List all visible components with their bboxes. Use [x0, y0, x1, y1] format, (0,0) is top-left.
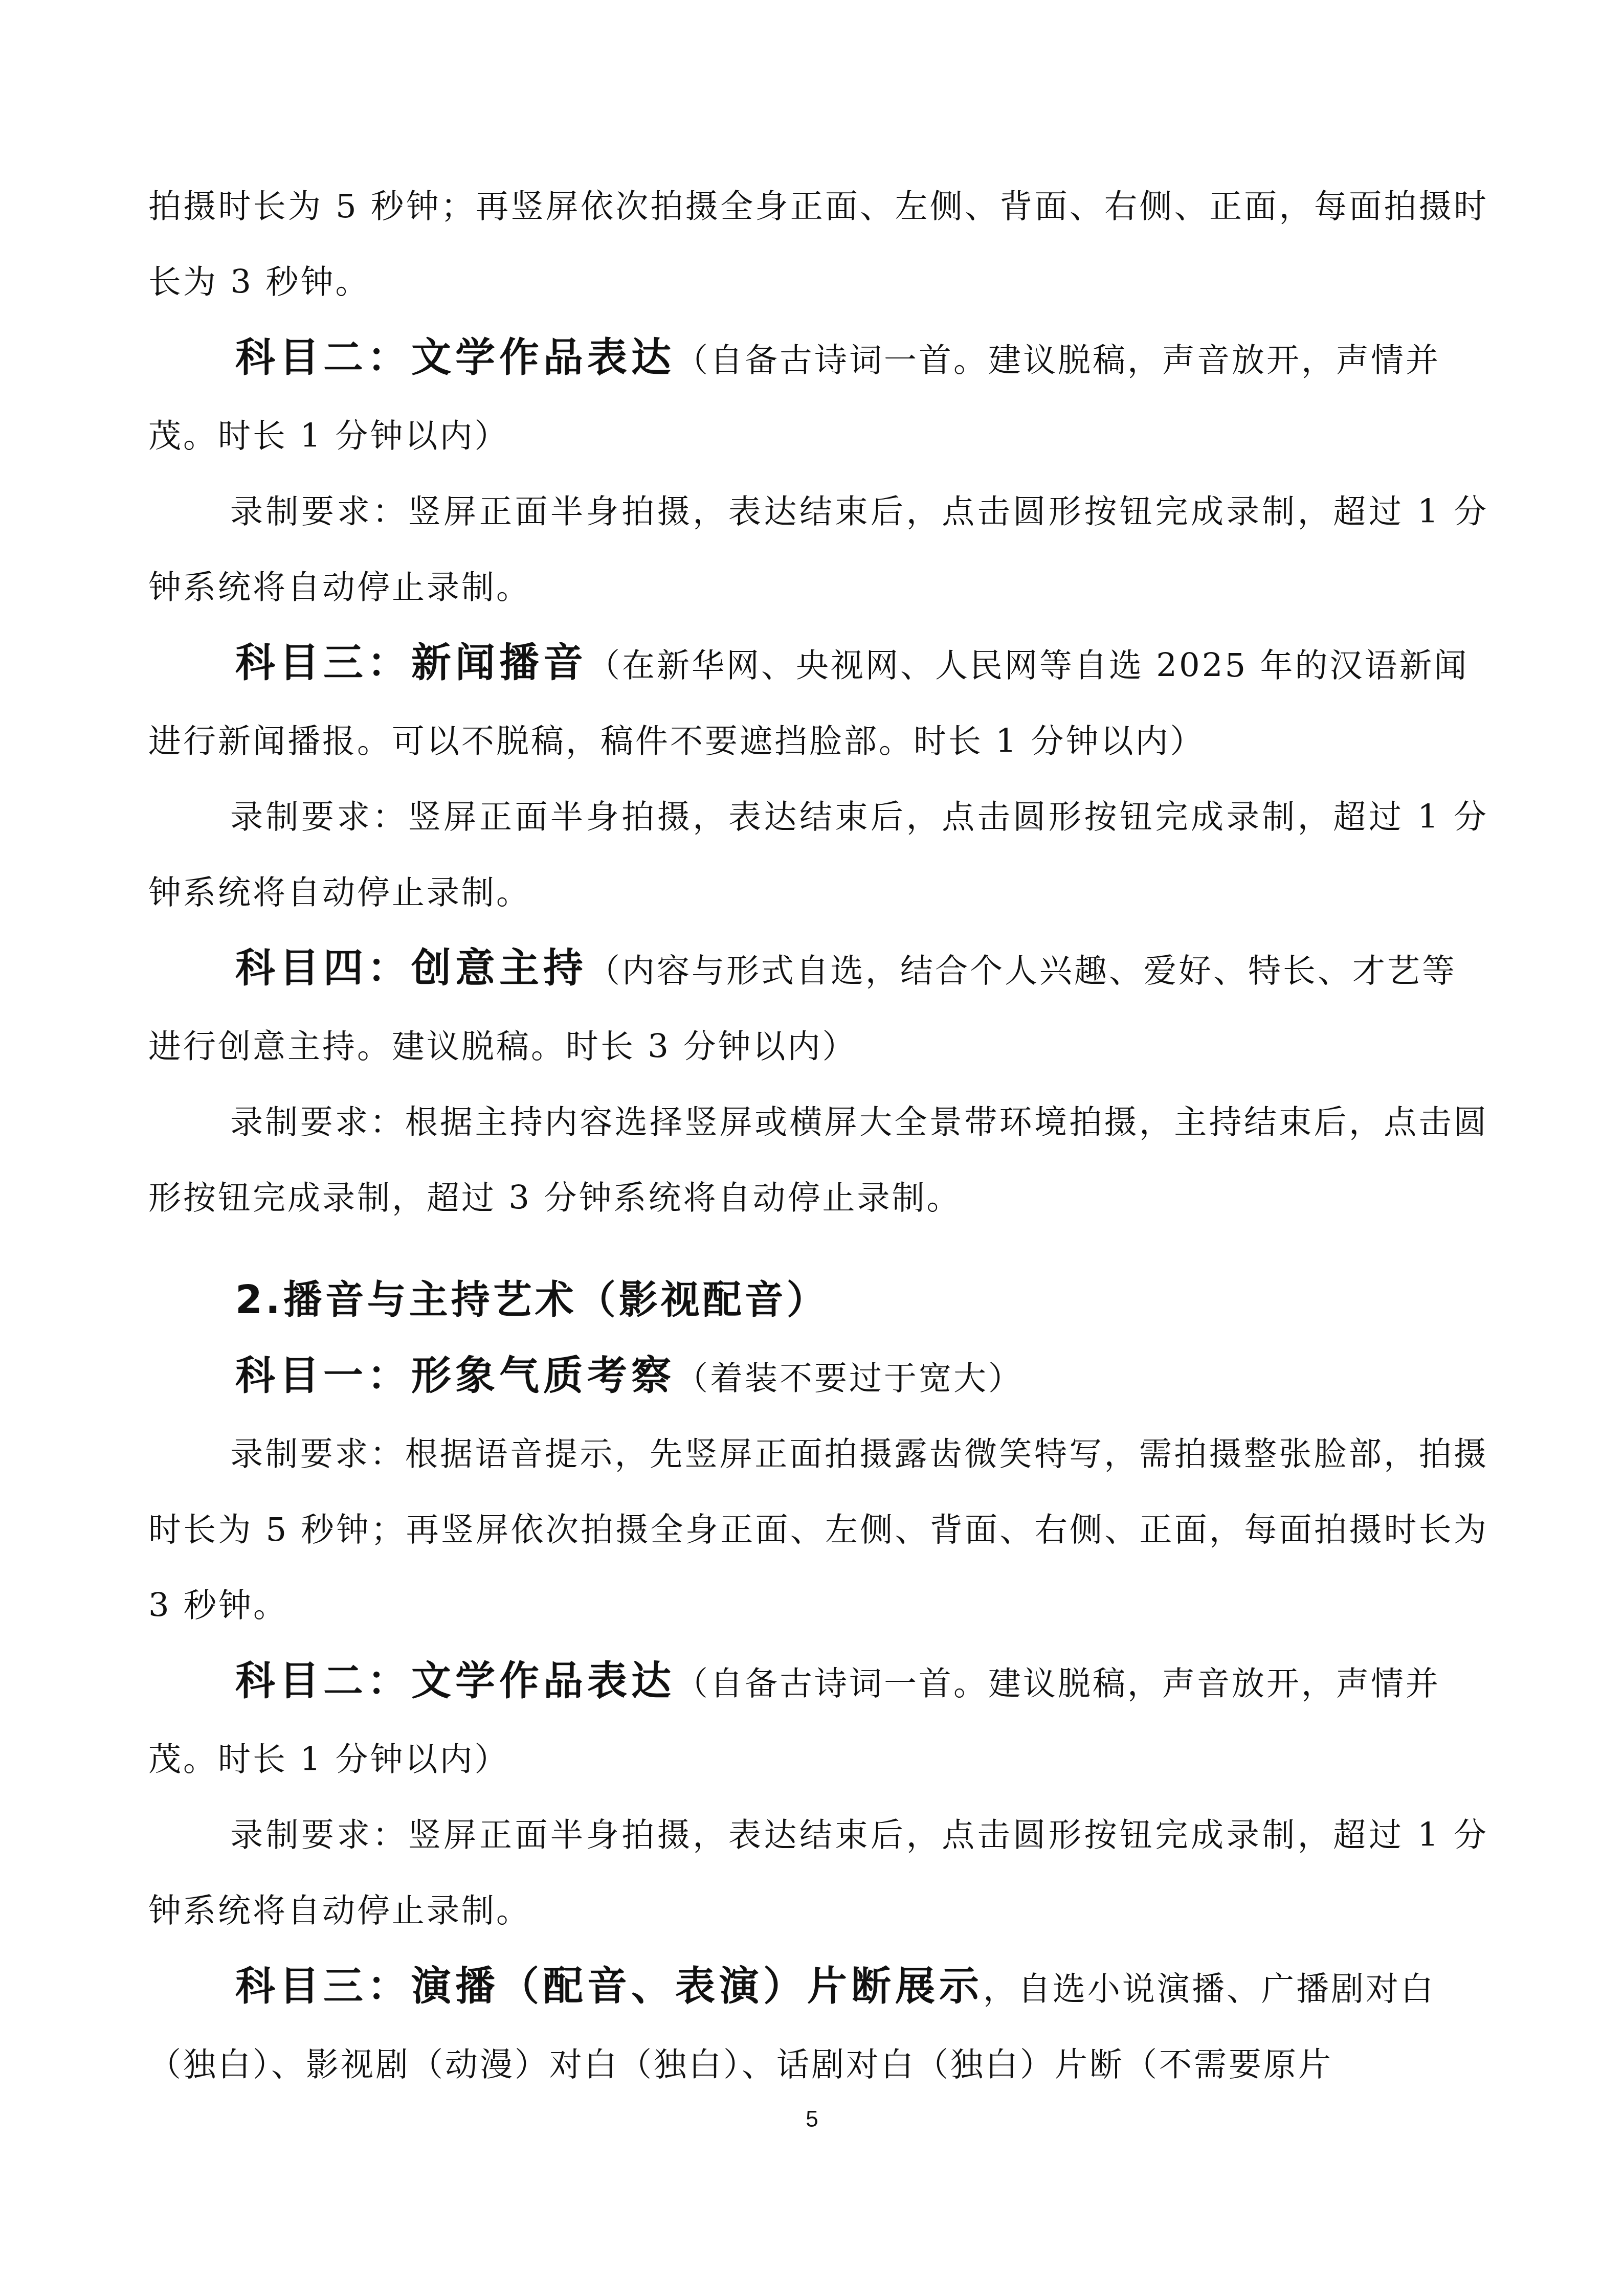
subject-literary-expression: 科目二：文学作品表达（自备古诗词一首。建议脱稿，声音放开，声情并茂。时长 1 分… — [148, 1644, 1488, 1797]
subject-creative-hosting: 科目四：创意主持（内容与形式自选，结合个人兴趣、爱好、特长、才艺等进行创意主持。… — [148, 931, 1488, 1085]
subject-heading: 科目三：演播（配音、表演）片断展示 — [235, 1964, 983, 2010]
recording-requirement: 录制要求：竖屏正面半身拍摄，表达结束后，点击圆形按钮完成录制，超过 1 分钟系统… — [148, 474, 1488, 625]
subject-heading: 科目二：文学作品表达 — [235, 1658, 675, 1704]
subject-description: （着装不要过于宽大） — [675, 1360, 1023, 1398]
document-body: 拍摄时长为 5 秒钟；再竖屏依次拍摄全身正面、左侧、背面、右侧、正面，每面拍摄时… — [148, 169, 1488, 2103]
document-page: 拍摄时长为 5 秒钟；再竖屏依次拍摄全身正面、左侧、背面、右侧、正面，每面拍摄时… — [0, 0, 1624, 2296]
subject-performance-excerpt: 科目三：演播（配音、表演）片断展示，自选小说演播、广播剧对白（独白）、影视剧（动… — [148, 1949, 1488, 2103]
subject-heading: 科目三：新闻播音 — [235, 640, 587, 686]
recording-requirement: 录制要求：竖屏正面半身拍摄，表达结束后，点击圆形按钮完成录制，超过 1 分钟系统… — [148, 1797, 1488, 1949]
recording-requirement: 录制要求：竖屏正面半身拍摄，表达结束后，点击圆形按钮完成录制，超过 1 分钟系统… — [148, 779, 1488, 931]
subject-image-temperament: 科目一：形象气质考察（着装不要过于宽大） — [148, 1338, 1488, 1416]
page-number: 5 — [0, 2107, 1624, 2132]
subject-news-broadcast: 科目三：新闻播音（在新华网、央视网、人民网等自选 2025 年的汉语新闻进行新闻… — [148, 625, 1488, 779]
subject-literary-expression: 科目二：文学作品表达（自备古诗词一首。建议脱稿，声音放开，声情并茂。时长 1 分… — [148, 320, 1488, 474]
subject-heading: 科目四：创意主持 — [235, 946, 587, 992]
paragraph-shooting-duration: 拍摄时长为 5 秒钟；再竖屏依次拍摄全身正面、左侧、背面、右侧、正面，每面拍摄时… — [148, 169, 1488, 320]
section-title-dubbing: 2.播音与主持艺术（影视配音） — [148, 1262, 1488, 1338]
subject-heading: 科目二：文学作品表达 — [235, 335, 675, 381]
subject-heading: 科目一：形象气质考察 — [235, 1353, 675, 1399]
recording-requirement: 录制要求：根据主持内容选择竖屏或横屏大全景带环境拍摄，主持结束后，点击圆形按钮完… — [148, 1085, 1488, 1236]
recording-requirement: 录制要求：根据语音提示，先竖屏正面拍摄露齿微笑特写，需拍摄整张脸部，拍摄时长为 … — [148, 1416, 1488, 1644]
